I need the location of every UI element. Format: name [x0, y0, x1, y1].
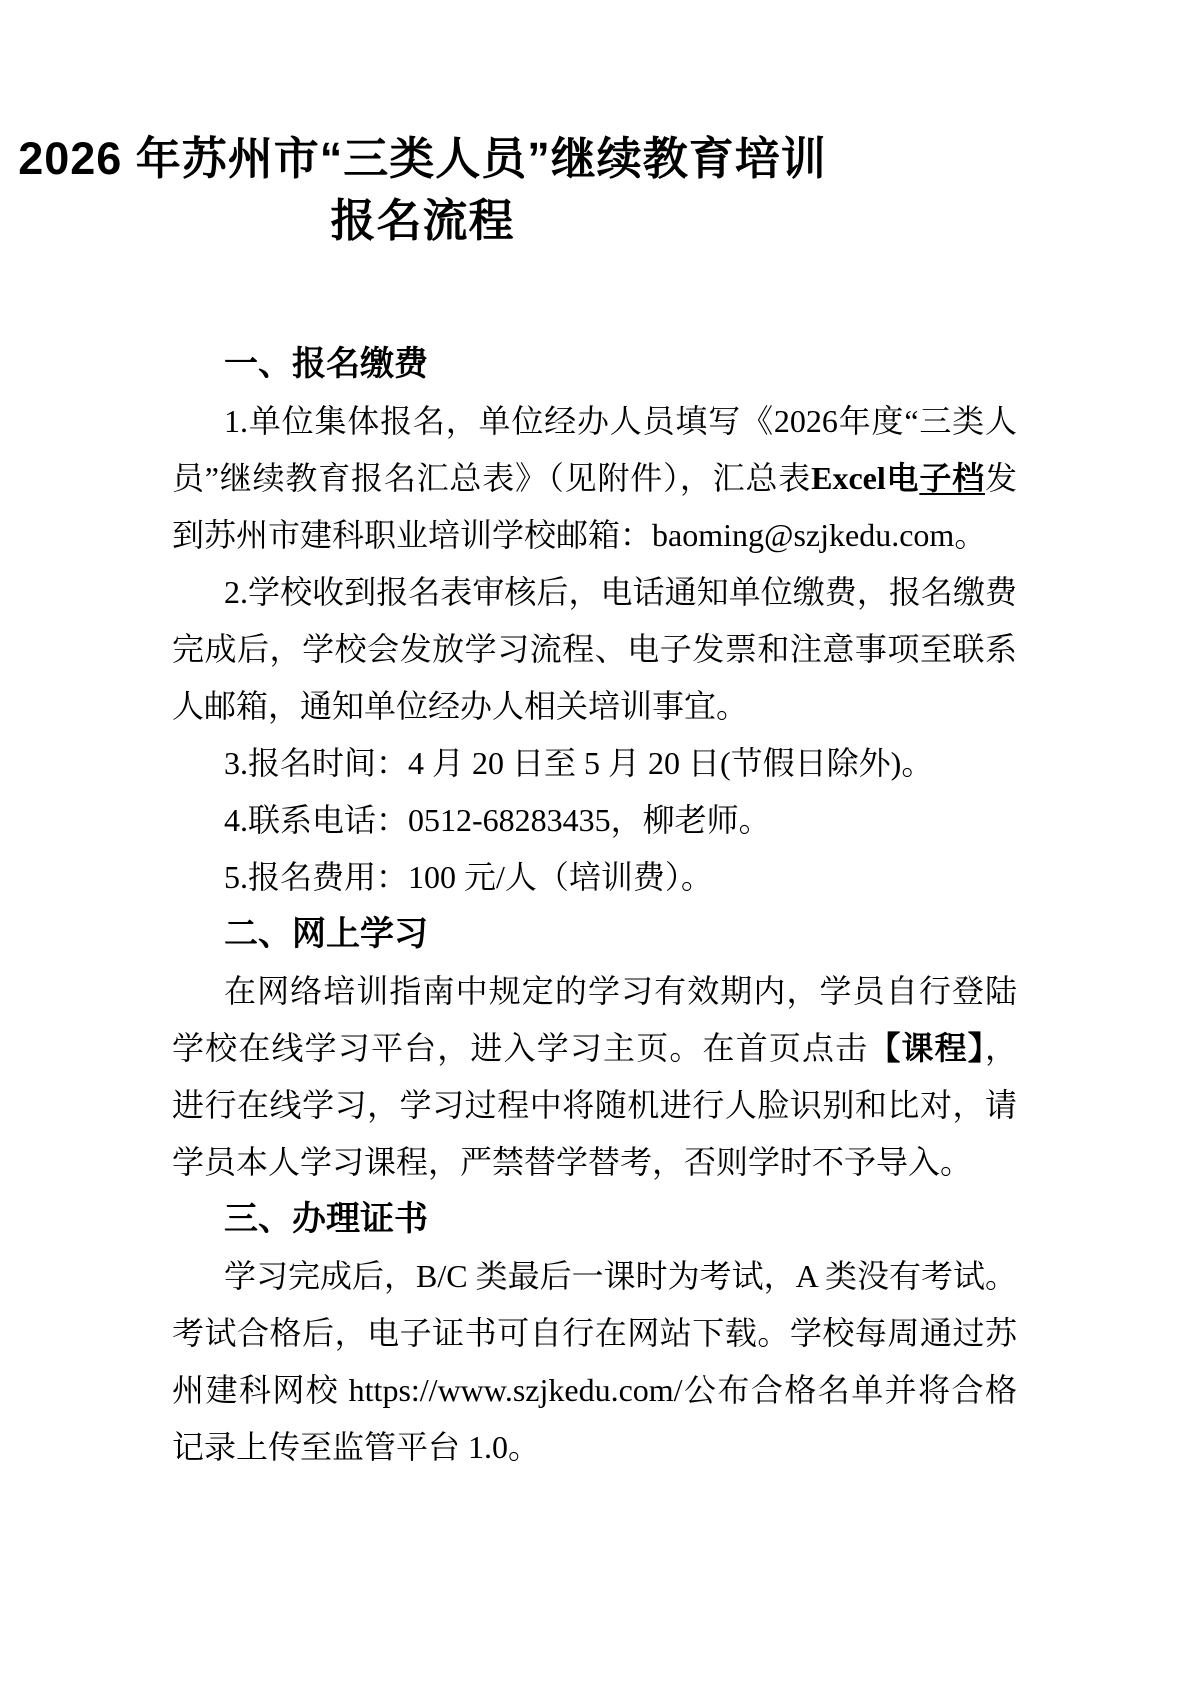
- email-text: baoming@szjkedu.com: [652, 517, 954, 553]
- url-text: https://www.szjkedu.com/: [349, 1372, 683, 1408]
- document-body: 一、报名缴费 1.单位集体报名，单位经办人员填写《2026年度“三类人员”继续教…: [172, 336, 1017, 1476]
- section-heading-online-learning: 二、网上学习: [172, 906, 1017, 963]
- document-title: 2026 年苏州市“三类人员”继续教育培训报名流程: [0, 0, 845, 252]
- text-run: 。: [954, 517, 986, 553]
- text-run-bold-underline-zidang: 子档: [919, 460, 985, 496]
- text-run-bold-excel: Excel电: [811, 460, 919, 496]
- paragraph-registration-time: 3.报名时间：4 月 20 日至 5 月 20 日(节假日除外)。: [172, 735, 1017, 792]
- paragraph-online-learning: 在网络培训指南中规定的学习有效期内，学员自行登陆学校在线学习平台，进入学习主页。…: [172, 963, 1017, 1191]
- text-run-bold-course-button: 【课程】: [868, 1030, 985, 1066]
- section-heading-certificate: 三、办理证书: [172, 1191, 1017, 1248]
- section-heading-registration-payment: 一、报名缴费: [172, 336, 1017, 393]
- paragraph-registration-step1: 1.单位集体报名，单位经办人员填写《2026年度“三类人员”继续教育报名汇总表》…: [172, 393, 1017, 564]
- document-page: 2026 年苏州市“三类人员”继续教育培训报名流程 一、报名缴费 1.单位集体报…: [0, 0, 1200, 1697]
- paragraph-certificate: 学习完成后，B/C 类最后一课时为考试，A 类没有考试。考试合格后，电子证书可自…: [172, 1248, 1017, 1476]
- paragraph-registration-fee: 5.报名费用：100 元/人（培训费）。: [172, 849, 1017, 906]
- paragraph-registration-step2: 2.学校收到报名表审核后，电话通知单位缴费，报名缴费完成后，学校会发放学习流程、…: [172, 564, 1017, 735]
- paragraph-contact-phone: 4.联系电话：0512-68283435，柳老师。: [172, 792, 1017, 849]
